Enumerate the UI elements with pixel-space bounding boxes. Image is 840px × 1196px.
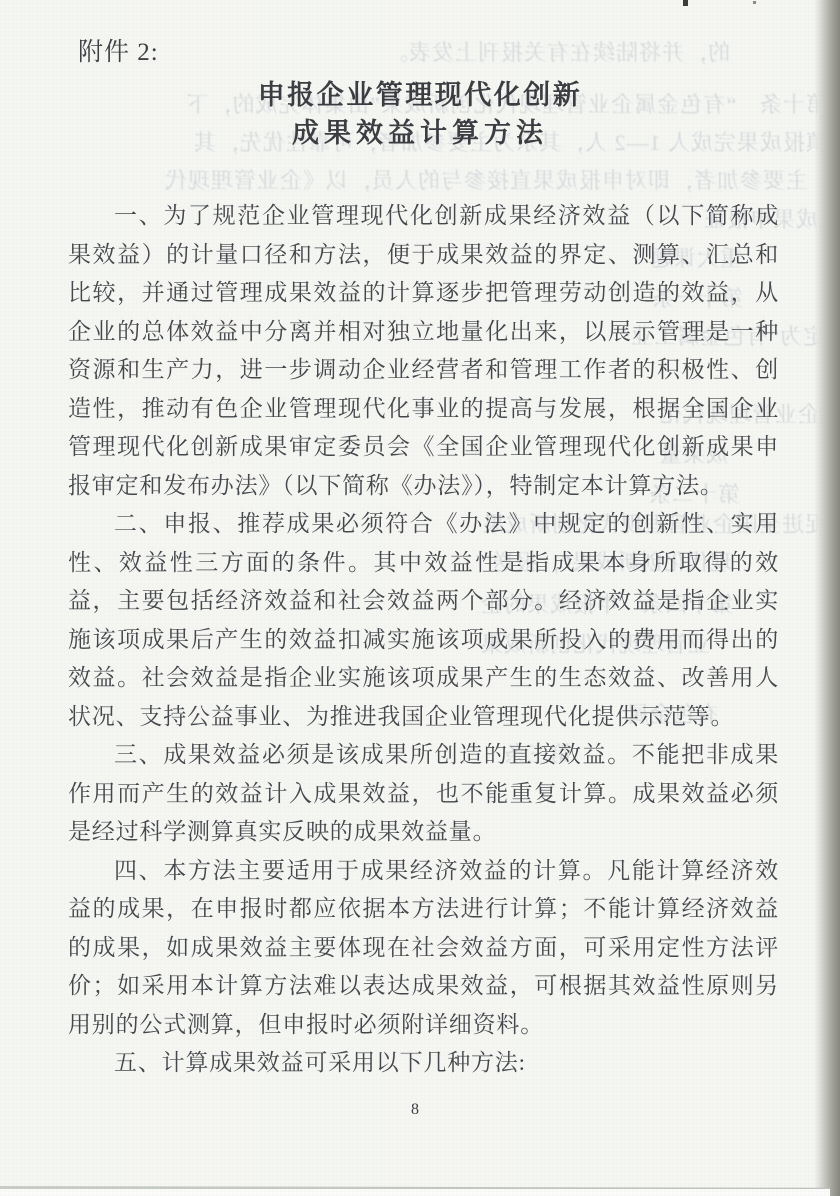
bleedthrough-line: 主要参加者，即对申报成果直接参与的人员，以《企业管理现代 [63, 164, 808, 195]
body-paragraph: 五、计算成果效益可采用以下几种方法: [68, 1044, 779, 1083]
body-paragraph: 三、成果效益必须是该成果所创造的直接效益。不能把非成果作用而产生的效益计入成果效… [68, 736, 779, 852]
document-title-line1: 申报企业管理现代化创新 [64, 76, 776, 114]
scanned-document-page: 的，并将陆续在有关报刊上发表。第十条 “有色金属企业管理现代化创新成果”由集体完… [0, 0, 840, 1196]
body-paragraph: 二、申报、推荐成果必须符合《办法》中规定的创新性、实用性、效益性三方面的条件。其… [68, 505, 779, 736]
body-paragraph: 一、为了规范企业管理现代化创新成果经济效益（以下简称成果效益）的计量口径和方法，… [68, 197, 779, 505]
body-paragraph: 四、本方法主要适用于成果经济效益的计算。凡能计算经济效益的成果，在申报时都应依据… [68, 852, 779, 1045]
scan-right-edge [814, 0, 840, 1196]
scan-artifact-mark [753, 1, 756, 4]
document-body: 一、为了规范企业管理现代化创新成果经济效益（以下简称成果效益）的计量口径和方法，… [68, 197, 779, 1083]
bleedthrough-line: 的，并将陆续在有关报刊上发表。 [285, 36, 730, 67]
attachment-label: 附件 2: [78, 32, 159, 68]
scan-below-edge [0, 1189, 830, 1196]
document-title-line2: 成果效益计算方法 [64, 114, 776, 152]
document-title: 申报企业管理现代化创新 成果效益计算方法 [64, 76, 776, 152]
page-number: 8 [0, 1101, 830, 1119]
scan-artifact-mark [683, 0, 688, 6]
